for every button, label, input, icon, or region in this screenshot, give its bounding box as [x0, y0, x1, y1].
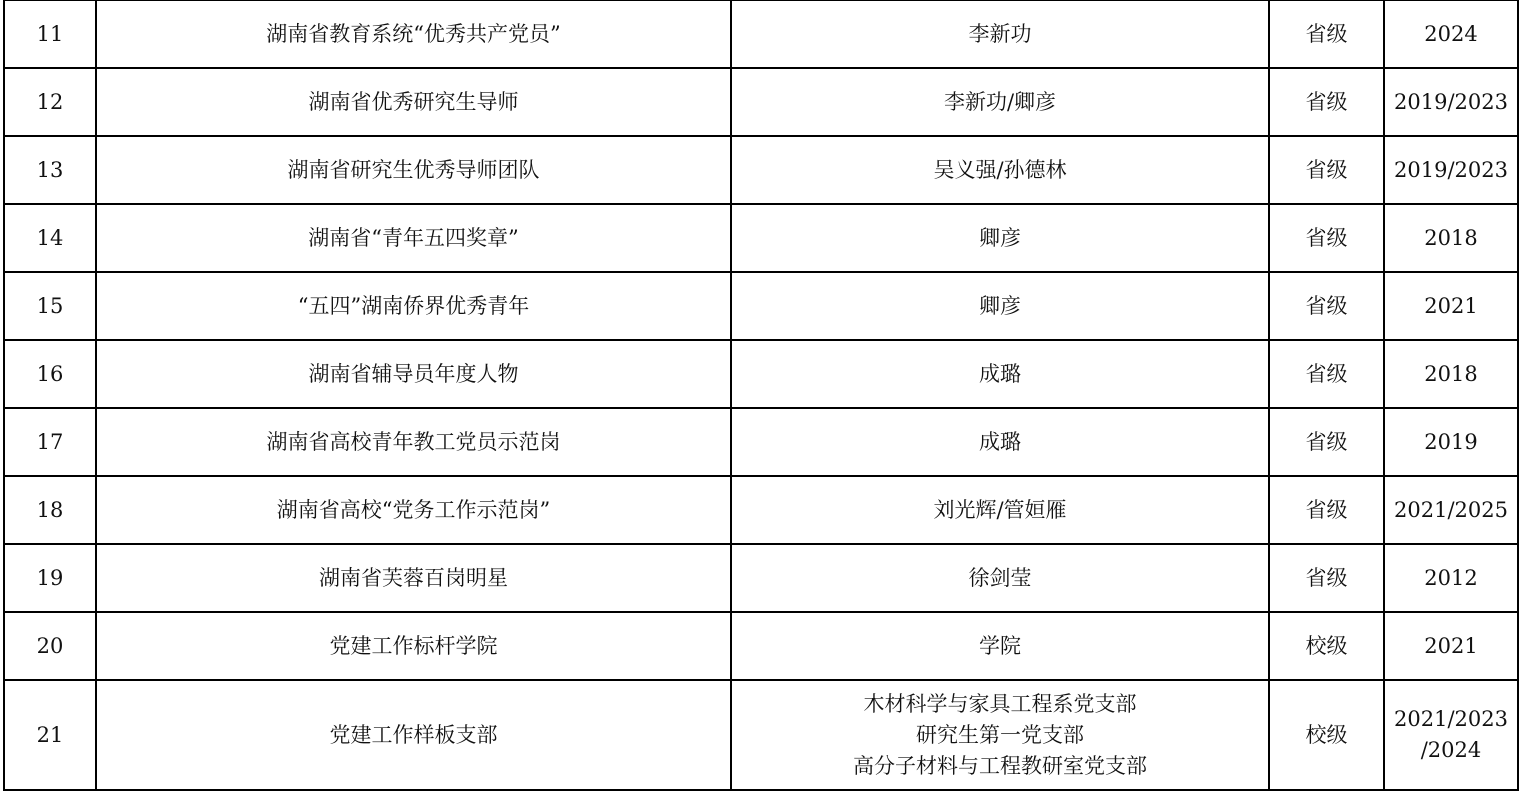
award-year: 2018 — [1384, 204, 1518, 272]
award-level: 省级 — [1269, 544, 1384, 612]
recipient: 吴义强/孙德林 — [731, 136, 1269, 204]
award-level: 校级 — [1269, 612, 1384, 680]
recipient-line: 学院 — [736, 631, 1264, 662]
year-line: 2019 — [1389, 427, 1513, 458]
award-name: 党建工作样板支部 — [96, 680, 731, 790]
award-name: 湖南省研究生优秀导师团队 — [96, 136, 731, 204]
award-name: 湖南省优秀研究生导师 — [96, 68, 731, 136]
recipient-line: 成璐 — [736, 359, 1264, 390]
award-name: 湖南省芙蓉百岗明星 — [96, 544, 731, 612]
recipient: 李新功/卿彦 — [731, 68, 1269, 136]
year-line: 2018 — [1389, 359, 1513, 390]
award-name: 湖南省教育系统“优秀共产党员” — [96, 0, 731, 68]
recipient-line: 徐剑莹 — [736, 563, 1264, 594]
year-line: 2021 — [1389, 631, 1513, 662]
row-number: 15 — [4, 272, 96, 340]
year-line: 2021 — [1389, 291, 1513, 322]
award-name: 湖南省高校“党务工作示范岗” — [96, 476, 731, 544]
award-year: 2021/2023 /2024 — [1384, 680, 1518, 790]
recipient: 成璐 — [731, 408, 1269, 476]
award-level: 省级 — [1269, 408, 1384, 476]
award-level: 省级 — [1269, 136, 1384, 204]
award-level: 省级 — [1269, 476, 1384, 544]
row-number: 19 — [4, 544, 96, 612]
recipient-line: 木材科学与家具工程系党支部 — [736, 689, 1264, 720]
year-line: 2019/2023 — [1389, 87, 1513, 118]
recipient-line: 研究生第一党支部 — [736, 720, 1264, 751]
year-line: 2019/2023 — [1389, 155, 1513, 186]
award-year: 2024 — [1384, 0, 1518, 68]
recipient: 徐剑莹 — [731, 544, 1269, 612]
recipient: 木材科学与家具工程系党支部 研究生第一党支部 高分子材料与工程教研室党支部 — [731, 680, 1269, 790]
recipient-line: 吴义强/孙德林 — [736, 155, 1264, 186]
row-number: 12 — [4, 68, 96, 136]
recipient: 学院 — [731, 612, 1269, 680]
row-number: 18 — [4, 476, 96, 544]
recipient: 李新功 — [731, 0, 1269, 68]
recipient-line: 成璐 — [736, 427, 1264, 458]
table-row: 17 湖南省高校青年教工党员示范岗 成璐 省级 2019 — [4, 408, 1518, 476]
award-level: 省级 — [1269, 204, 1384, 272]
award-level: 省级 — [1269, 0, 1384, 68]
award-year: 2012 — [1384, 544, 1518, 612]
year-line: 2012 — [1389, 563, 1513, 594]
recipient-line: 高分子材料与工程教研室党支部 — [736, 751, 1264, 782]
award-name: 党建工作标杆学院 — [96, 612, 731, 680]
row-number: 14 — [4, 204, 96, 272]
award-year: 2021 — [1384, 272, 1518, 340]
recipient: 刘光辉/管姮雁 — [731, 476, 1269, 544]
recipient-line: 卿彦 — [736, 223, 1264, 254]
award-level: 校级 — [1269, 680, 1384, 790]
table-row: 16 湖南省辅导员年度人物 成璐 省级 2018 — [4, 340, 1518, 408]
recipient: 成璐 — [731, 340, 1269, 408]
award-level: 省级 — [1269, 68, 1384, 136]
table-row: 21 党建工作样板支部 木材科学与家具工程系党支部 研究生第一党支部 高分子材料… — [4, 680, 1518, 790]
row-number: 16 — [4, 340, 96, 408]
table-row: 14 湖南省“青年五四奖章” 卿彦 省级 2018 — [4, 204, 1518, 272]
recipient: 卿彦 — [731, 204, 1269, 272]
year-line: 2024 — [1389, 19, 1513, 50]
award-year: 2021/2025 — [1384, 476, 1518, 544]
table-row: 13 湖南省研究生优秀导师团队 吴义强/孙德林 省级 2019/2023 — [4, 136, 1518, 204]
year-line: /2024 — [1389, 735, 1513, 766]
award-name: “五四”湖南侨界优秀青年 — [96, 272, 731, 340]
recipient-line: 刘光辉/管姮雁 — [736, 495, 1264, 526]
table-row: 12 湖南省优秀研究生导师 李新功/卿彦 省级 2019/2023 — [4, 68, 1518, 136]
award-name: 湖南省高校青年教工党员示范岗 — [96, 408, 731, 476]
row-number: 21 — [4, 680, 96, 790]
table-row: 11 湖南省教育系统“优秀共产党员” 李新功 省级 2024 — [4, 0, 1518, 68]
row-number: 11 — [4, 0, 96, 68]
award-level: 省级 — [1269, 272, 1384, 340]
table-row: 20 党建工作标杆学院 学院 校级 2021 — [4, 612, 1518, 680]
table-row: 18 湖南省高校“党务工作示范岗” 刘光辉/管姮雁 省级 2021/2025 — [4, 476, 1518, 544]
award-year: 2019/2023 — [1384, 136, 1518, 204]
row-number: 20 — [4, 612, 96, 680]
awards-table: 11 湖南省教育系统“优秀共产党员” 李新功 省级 2024 12 湖南省优秀研… — [3, 0, 1519, 791]
row-number: 17 — [4, 408, 96, 476]
award-year: 2018 — [1384, 340, 1518, 408]
award-year: 2019/2023 — [1384, 68, 1518, 136]
award-name: 湖南省辅导员年度人物 — [96, 340, 731, 408]
year-line: 2021/2025 — [1389, 495, 1513, 526]
award-year: 2019 — [1384, 408, 1518, 476]
table-row: 19 湖南省芙蓉百岗明星 徐剑莹 省级 2012 — [4, 544, 1518, 612]
award-level: 省级 — [1269, 340, 1384, 408]
year-line: 2021/2023 — [1389, 704, 1513, 735]
award-year: 2021 — [1384, 612, 1518, 680]
table-row: 15 “五四”湖南侨界优秀青年 卿彦 省级 2021 — [4, 272, 1518, 340]
recipient-line: 李新功 — [736, 19, 1264, 50]
year-line: 2018 — [1389, 223, 1513, 254]
recipient-line: 卿彦 — [736, 291, 1264, 322]
recipient-line: 李新功/卿彦 — [736, 87, 1264, 118]
recipient: 卿彦 — [731, 272, 1269, 340]
award-name: 湖南省“青年五四奖章” — [96, 204, 731, 272]
row-number: 13 — [4, 136, 96, 204]
